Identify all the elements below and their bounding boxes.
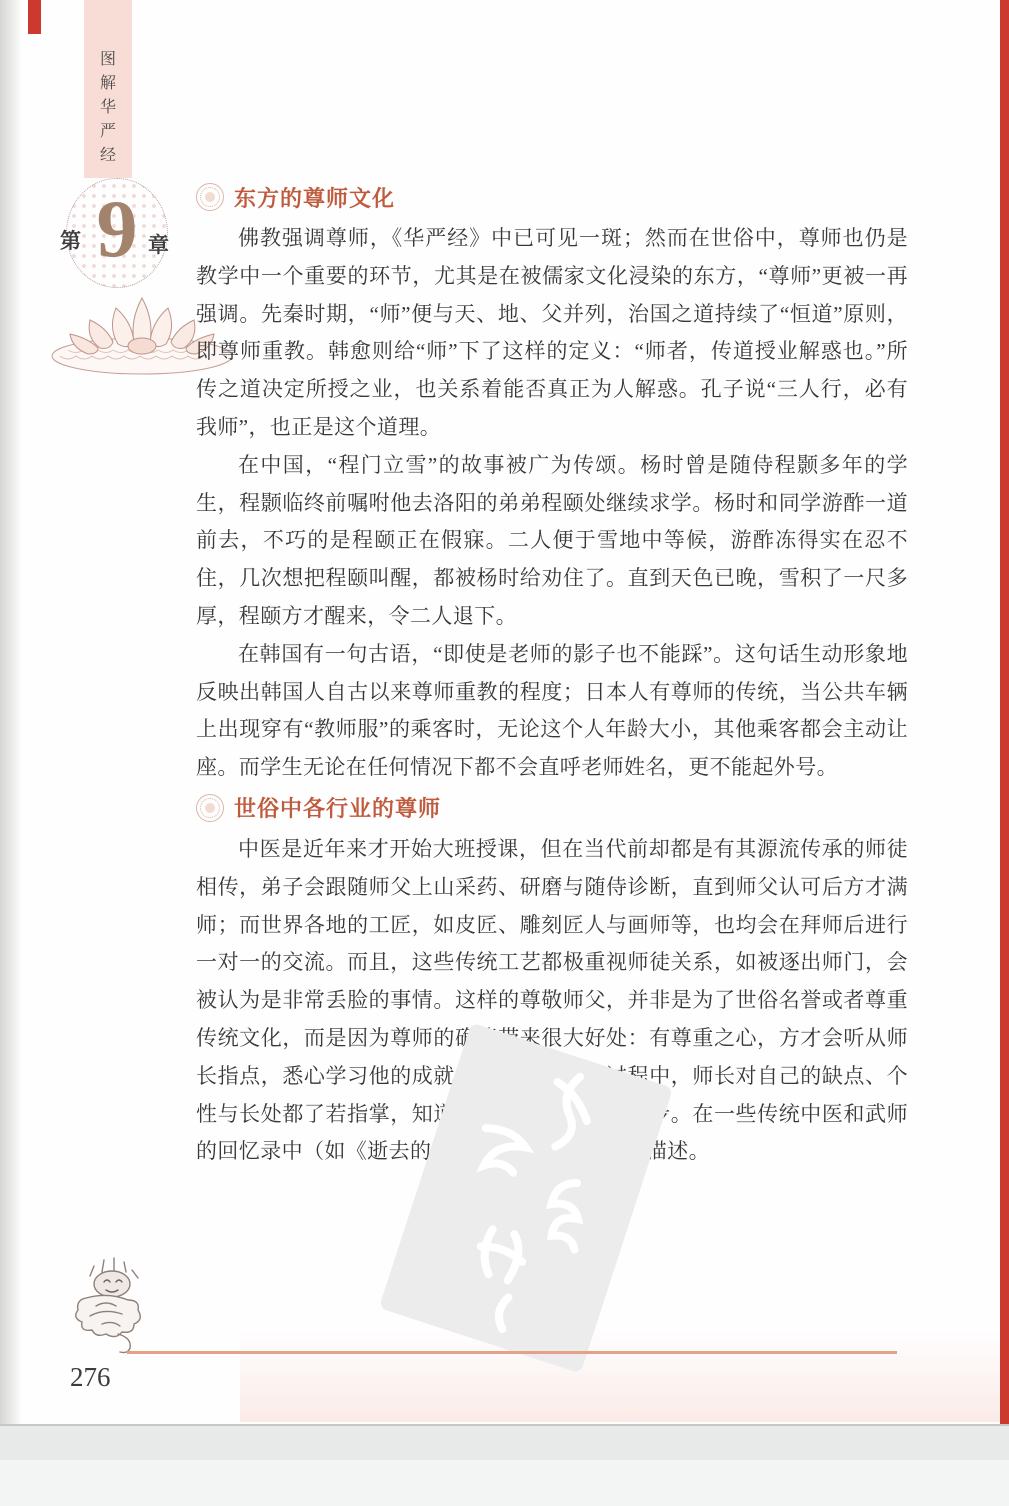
paragraph: 在中国，“程门立雪”的故事被广为传颂。杨时曾是随侍程颢多年的学生，程颢临终前嘱咐… bbox=[196, 447, 908, 636]
book-title-char: 经 bbox=[100, 144, 116, 168]
section-heading-row: 世俗中各行业的尊师 bbox=[196, 791, 908, 825]
page-number: 276 bbox=[70, 1362, 111, 1393]
section-heading: 东方的尊师文化 bbox=[234, 182, 395, 213]
scan-edge-shadow bbox=[0, 0, 22, 1506]
footer-rule-line bbox=[127, 1351, 897, 1354]
section-heading-row: 东方的尊师文化 bbox=[196, 180, 908, 214]
book-title-char: 图 bbox=[100, 48, 116, 72]
deity-cloud-icon bbox=[66, 1254, 152, 1354]
chapter-suffix: 章 bbox=[148, 229, 169, 259]
section-heading: 世俗中各行业的尊师 bbox=[234, 792, 441, 823]
paragraph: 佛教强调尊师，《华严经》中已可见一斑；然而在世俗中，尊师也仍是教学中一个重要的环… bbox=[196, 220, 908, 447]
section-seal-icon bbox=[196, 794, 224, 822]
scan-bottom-band bbox=[0, 1426, 1009, 1460]
paragraph: 在韩国有一句古语，“即使是老师的影子也不能踩”。这句话生动形象地反映出韩国人自古… bbox=[196, 636, 908, 787]
book-title-tab: 图 解 华 严 经 bbox=[84, 0, 132, 178]
book-page: 图 解 华 严 经 第 9 章 东方的尊师文化 佛教强调尊师，《华 bbox=[0, 0, 1009, 1506]
book-title-char: 解 bbox=[100, 72, 116, 96]
book-title-char: 华 bbox=[100, 96, 116, 120]
section-seal-icon bbox=[196, 183, 224, 211]
bottom-pink-tint bbox=[240, 1330, 1002, 1422]
book-title-char: 严 bbox=[100, 120, 116, 144]
corner-red-mark bbox=[28, 0, 41, 34]
scan-bottom-band-outer bbox=[0, 1460, 1009, 1506]
page-edge-red-bar bbox=[1000, 0, 1009, 1429]
chapter-badge: 第 9 章 bbox=[66, 178, 168, 288]
main-text-column: 东方的尊师文化 佛教强调尊师，《华严经》中已可见一斑；然而在世俗中，尊师也仍是教… bbox=[196, 180, 908, 1171]
